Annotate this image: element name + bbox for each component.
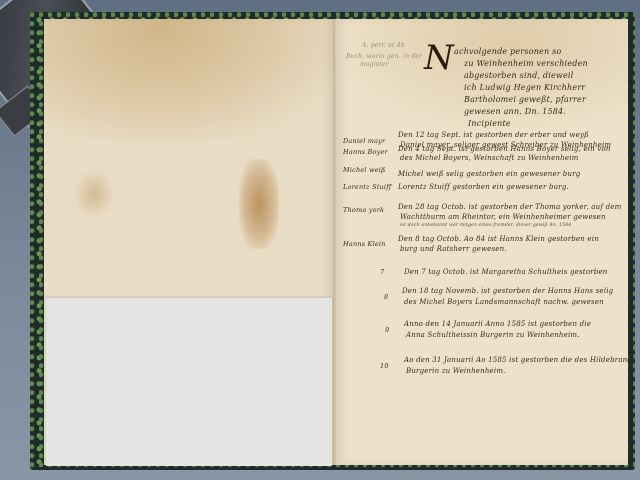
entry-line: Burgerin zu Weinhenheim. bbox=[406, 367, 506, 376]
pencil-note-line: magister bbox=[360, 61, 389, 68]
entry-line: Den 7 tag Octob. ist Margaretha Schulthe… bbox=[404, 268, 608, 277]
entry-line: Den 4 tag Sept. ist gestorben Hanns Boye… bbox=[398, 145, 611, 154]
entry-margin-name: Thoma york bbox=[343, 206, 384, 214]
entry-line: burg und Ratsherr gewesen. bbox=[400, 245, 507, 254]
entry-line: Lorentz Stuiff gestorben ein gewesener b… bbox=[398, 183, 569, 192]
heading-line: gewesen ann. Dn. 1584. bbox=[464, 106, 566, 117]
entry-margin-name: Michel weiß bbox=[343, 166, 386, 174]
entry-line: Wachtthurm am Rheintor, ein Weinhenheime… bbox=[400, 213, 606, 222]
entry-note: ist doch unbekannt wer mitgen eines frem… bbox=[400, 223, 571, 228]
faint-stain bbox=[74, 169, 114, 219]
entry-number: 9 bbox=[385, 326, 389, 334]
pencil-note-line: A. perr. et 4b bbox=[362, 42, 405, 49]
heading-line: ich Ludwig Hegen Kirchherr bbox=[464, 82, 585, 93]
entry-line: Anna Schultheissin Burgerin zu Weinhenhe… bbox=[406, 331, 580, 340]
entry-margin-name: Hanns Klein bbox=[343, 240, 386, 248]
entry-line: des Michel Boyers Landsmannschaft nachw.… bbox=[404, 298, 604, 307]
entry-number: 7 bbox=[380, 268, 384, 276]
entry-number: 10 bbox=[380, 362, 389, 370]
pasted-paper-slip bbox=[46, 297, 332, 466]
pencil-note-line: Buch, worin gen. in der bbox=[346, 53, 422, 60]
heading-line: abgestorben sind, dieweil bbox=[464, 70, 573, 81]
heading-line: zu Weinhenheim verschieden bbox=[464, 58, 588, 69]
entry-line: Den 28 tag Octob. ist gestorben der Thom… bbox=[398, 203, 621, 212]
entry-line: Den 18 tag Novemb. ist gestorben der Han… bbox=[402, 287, 613, 296]
entry-line: Den 12 tag Sept. ist gestorben der erber… bbox=[398, 131, 589, 140]
entry-margin-name: Hanns Boyer bbox=[343, 148, 388, 156]
entry-margin-name: Daniel mayr bbox=[343, 137, 385, 145]
entry-line: Den 8 tag Octob. Ao 84 ist Hanns Klein g… bbox=[398, 235, 599, 244]
brown-stain bbox=[239, 159, 279, 249]
entry-margin-name: Lorentz Stuiff bbox=[343, 183, 391, 191]
entry-line: Ao den 31 Januarii Ao 1585 ist gestorben… bbox=[404, 356, 635, 365]
entry-line: des Michel Boyers, Weinschaft zu Weinhen… bbox=[400, 154, 579, 163]
entry-number: 8 bbox=[384, 293, 388, 301]
entry-line: Anno den 14 Januarii Anno 1585 ist gesto… bbox=[404, 320, 591, 329]
heading-line: achvolgende personen so bbox=[454, 46, 561, 57]
water-stain bbox=[44, 19, 334, 139]
heading-line: Incipiente bbox=[468, 118, 511, 129]
decorated-initial: N bbox=[424, 38, 454, 78]
heading-line: Bartholomei geweßt, pfarrer bbox=[464, 94, 586, 105]
entry-line: Michel weiß selig gestorben ein gewesene… bbox=[398, 170, 580, 179]
